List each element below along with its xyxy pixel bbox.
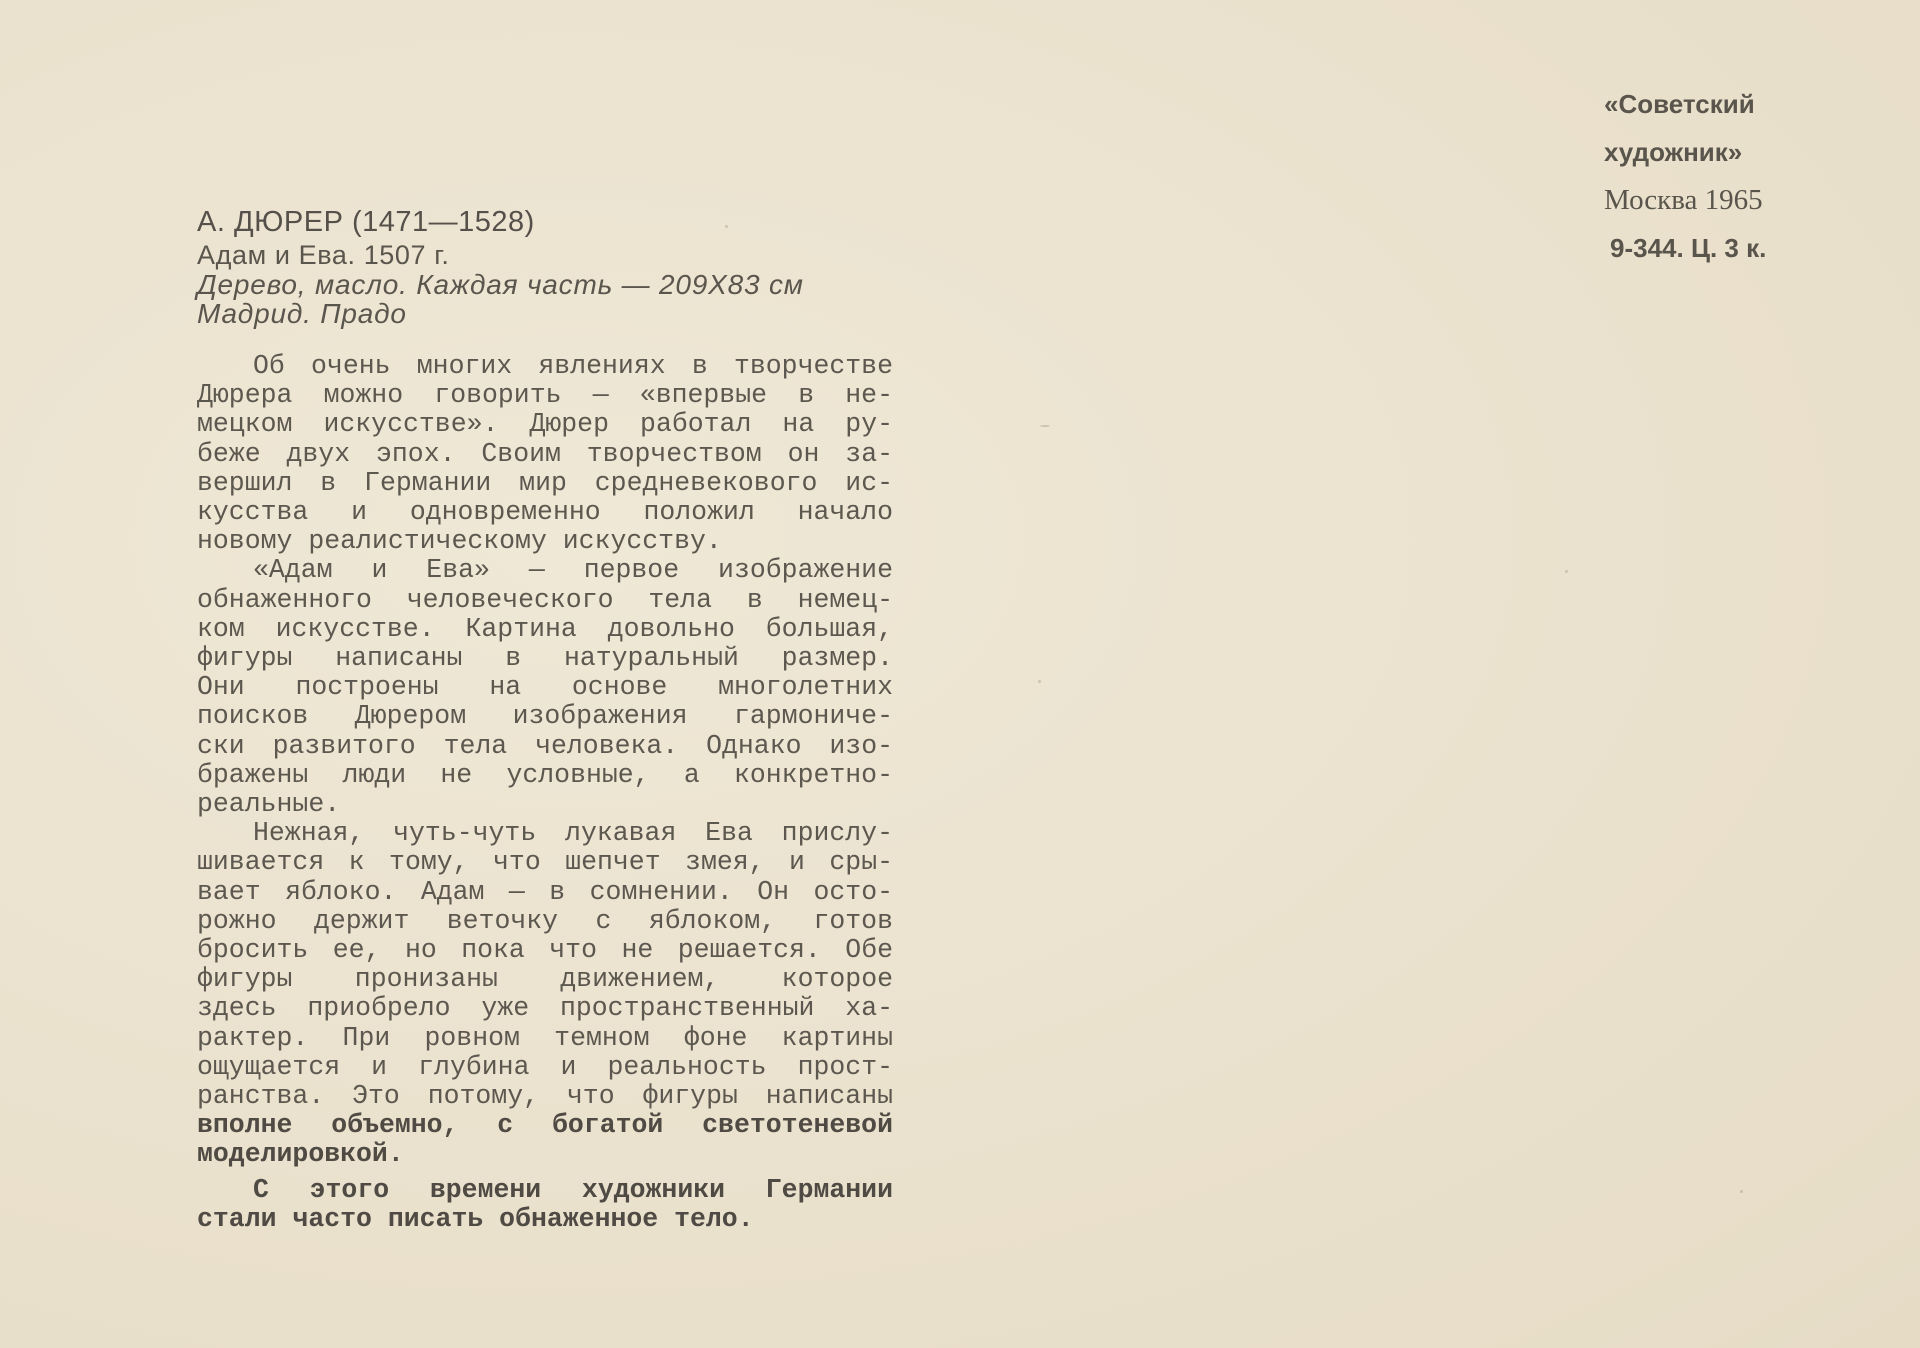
text-line: ски развитого тела человека. Однако изо- — [197, 732, 893, 761]
artwork-medium: Дерево, масло. Каждая часть — 209Х83 см — [197, 270, 897, 299]
text-line: С этого времени художники Германии — [197, 1176, 893, 1205]
text-line: поисков Дюрером изображения гармониче- — [197, 702, 893, 731]
text-line: бражены люди не условные, а конкретно- — [197, 761, 893, 790]
text-line: вершил в Германии мир средневекового ис- — [197, 469, 893, 498]
text-line: кусства и одновременно положил начало — [197, 498, 893, 527]
paragraph: «Адам и Ева» — первое изображение обнаже… — [197, 556, 893, 819]
text-line: вполне объемно, с богатой светотеневой — [197, 1111, 893, 1140]
paper-speck — [725, 225, 728, 228]
description-text: Об очень многих явлениях в творчестве Дю… — [197, 352, 893, 1234]
text-line: стали часто писать обнаженное тело. — [197, 1205, 893, 1234]
text-line: Об очень многих явлениях в творчестве — [197, 352, 893, 381]
paragraph: С этого времени художники Германии стали… — [197, 1176, 893, 1234]
text-line: ощущается и глубина и реальность прост- — [197, 1053, 893, 1082]
publisher-imprint: «Советский художник» Москва 1965 9-344. … — [1604, 80, 1766, 272]
catalog-code-price: 9-344. Ц. 3 к. — [1604, 224, 1766, 272]
paper-speck — [1740, 1190, 1743, 1193]
artwork-location: Мадрид. Прадо — [197, 299, 897, 328]
text-line: рожно держит веточку с яблоком, готов — [197, 907, 893, 936]
text-line: рактер. При ровном темном фоне картины — [197, 1024, 893, 1053]
text-line: мецком искусстве». Дюрер работал на ру- — [197, 410, 893, 439]
text-line: ранства. Это потому, что фигуры написаны — [197, 1082, 893, 1111]
text-line: шивается к тому, что шепчет змея, и сры- — [197, 848, 893, 877]
text-line: реальные. — [197, 790, 893, 819]
text-line: ком искусстве. Картина довольно большая, — [197, 615, 893, 644]
text-line: фигуры написаны в натуральный размер. — [197, 644, 893, 673]
text-line: Они построены на основе многолетних — [197, 673, 893, 702]
text-line: фигуры пронизаны движением, которое — [197, 965, 893, 994]
publisher-name-line2: художник» — [1604, 128, 1766, 176]
text-line: Дюрера можно говорить — «впервые в не- — [197, 381, 893, 410]
postcard-back: А. ДЮРЕР (1471—1528) Адам и Ева. 1507 г.… — [0, 0, 1920, 1348]
text-line: вает яблоко. Адам — в сомнении. Он осто- — [197, 878, 893, 907]
text-line: здесь приобрело уже пространственный ха- — [197, 994, 893, 1023]
artwork-title: Адам и Ева. 1507 г. — [197, 240, 897, 270]
text-line: бросить ее, но пока что не решается. Обе — [197, 936, 893, 965]
text-line: Нежная, чуть-чуть лукавая Ева прислу- — [197, 819, 893, 848]
artwork-caption: А. ДЮРЕР (1471—1528) Адам и Ева. 1507 г.… — [197, 208, 897, 328]
paragraph: Нежная, чуть-чуть лукавая Ева прислу- ши… — [197, 819, 893, 1169]
paper-speck — [1040, 425, 1050, 427]
artist-name: А. ДЮРЕР (1471—1528) — [197, 208, 897, 237]
text-line: «Адам и Ева» — первое изображение — [197, 556, 893, 585]
publication-city-year: Москва 1965 — [1604, 176, 1766, 224]
paper-speck — [1565, 570, 1568, 573]
text-line: моделировкой. — [197, 1140, 893, 1169]
text-line: новому реалистическому искусству. — [197, 527, 893, 556]
paragraph: Об очень многих явлениях в творчестве Дю… — [197, 352, 893, 556]
paper-speck — [1038, 680, 1041, 683]
text-line: обнаженного человеческого тела в немец- — [197, 586, 893, 615]
text-line: беже двух эпох. Своим творчеством он за- — [197, 440, 893, 469]
publisher-name-line1: «Советский — [1604, 80, 1766, 128]
